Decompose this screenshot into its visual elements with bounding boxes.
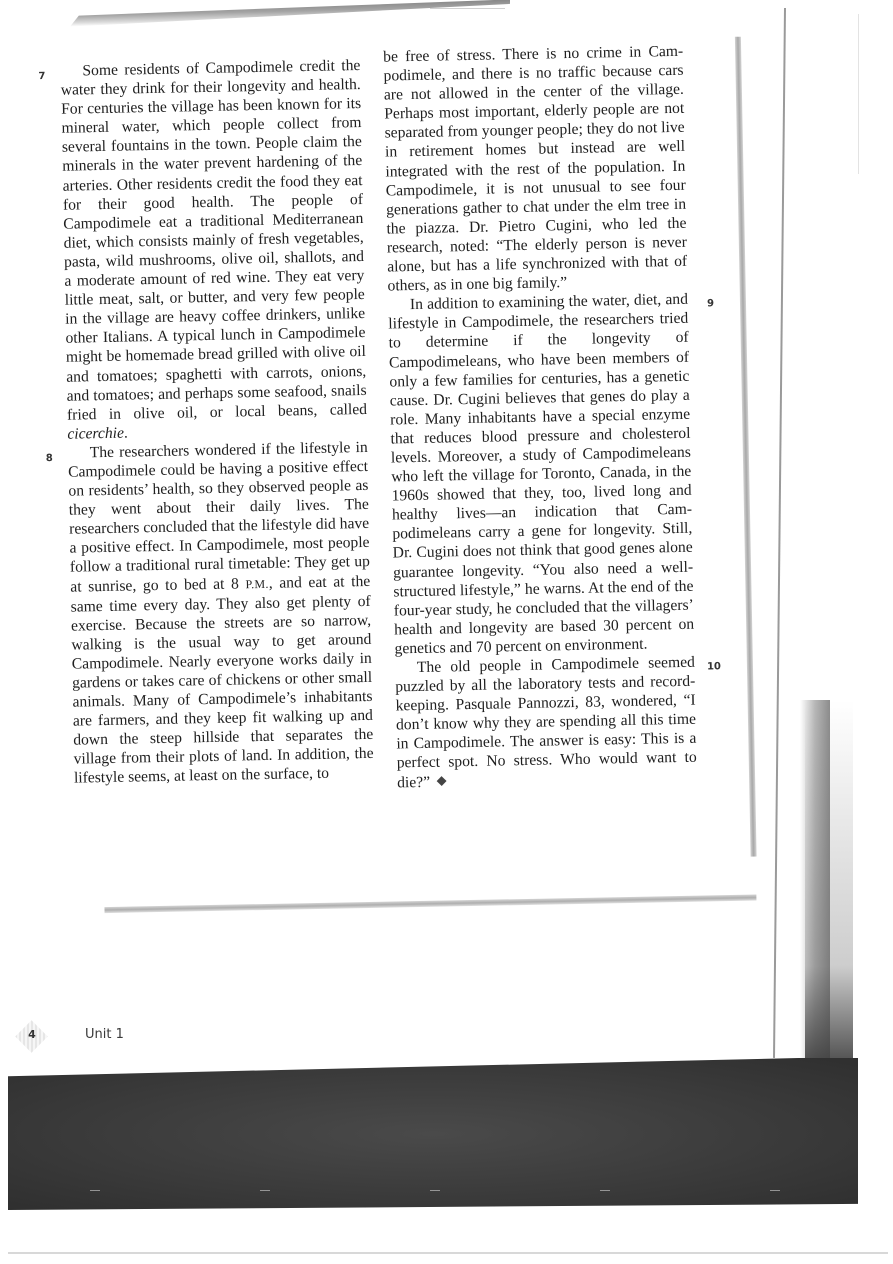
paragraph-9: 9In addition to examining the water, die… [388,290,695,658]
paragraph-number: 7 [38,67,45,86]
paragraph-number: 10 [707,657,721,676]
paragraph-end: . [124,424,128,441]
paragraph-text-continued: , and eat at the same time every day. Th… [71,572,374,787]
paragraph-8: 8The researchers wondered if the lifesty… [68,438,375,788]
bottom-edge-line [8,1252,888,1254]
right-column: be free of stress. There is no crime in … [383,42,697,792]
scanned-page: 7Some residents of Campodimele credit th… [0,0,893,1264]
book-edge-line [858,14,859,174]
time-suffix: P.M. [245,576,268,590]
italic-term: cicerchie [67,424,124,442]
paragraph-8-continued: be free of stress. There is no crime in … [383,42,688,296]
scan-streak [10,1190,850,1191]
frame-bottom-shadow [104,895,756,914]
page-number: 4 [15,1028,49,1041]
scan-bed-side-shadow [805,700,853,1080]
paragraph-text: In addition to examining the water, diet… [388,291,694,657]
paragraph-number: 8 [46,449,53,468]
left-column: 7Some residents of Campodimele credit th… [60,56,374,788]
paragraph-text: Some residents of Campodimele credit the… [61,57,368,423]
scanner-bed-dark-area [8,1058,858,1210]
scan-top-line [430,8,505,9]
frame-right-shadow [735,37,757,857]
book-spine-line [773,8,786,1058]
page-number-badge: 4 [15,1020,49,1054]
paragraph-text: The old people in Campodimele seemed puz… [395,654,697,791]
scan-top-shadow [70,0,510,27]
paragraph-7: 7Some residents of Campodimele credit th… [60,56,367,444]
paragraph-number: 9 [707,294,714,313]
diamond-end-mark-icon [437,776,447,786]
paragraph-10: 10The old people in Campodimele seemed p… [395,653,698,792]
paragraph-text: be free of stress. There is no crime in … [383,43,687,295]
paragraph-text: The researchers wondered if the lifestyl… [68,439,370,595]
unit-label: Unit 1 [85,1027,124,1042]
article-frame: 7Some residents of Campodimele credit th… [48,37,749,930]
